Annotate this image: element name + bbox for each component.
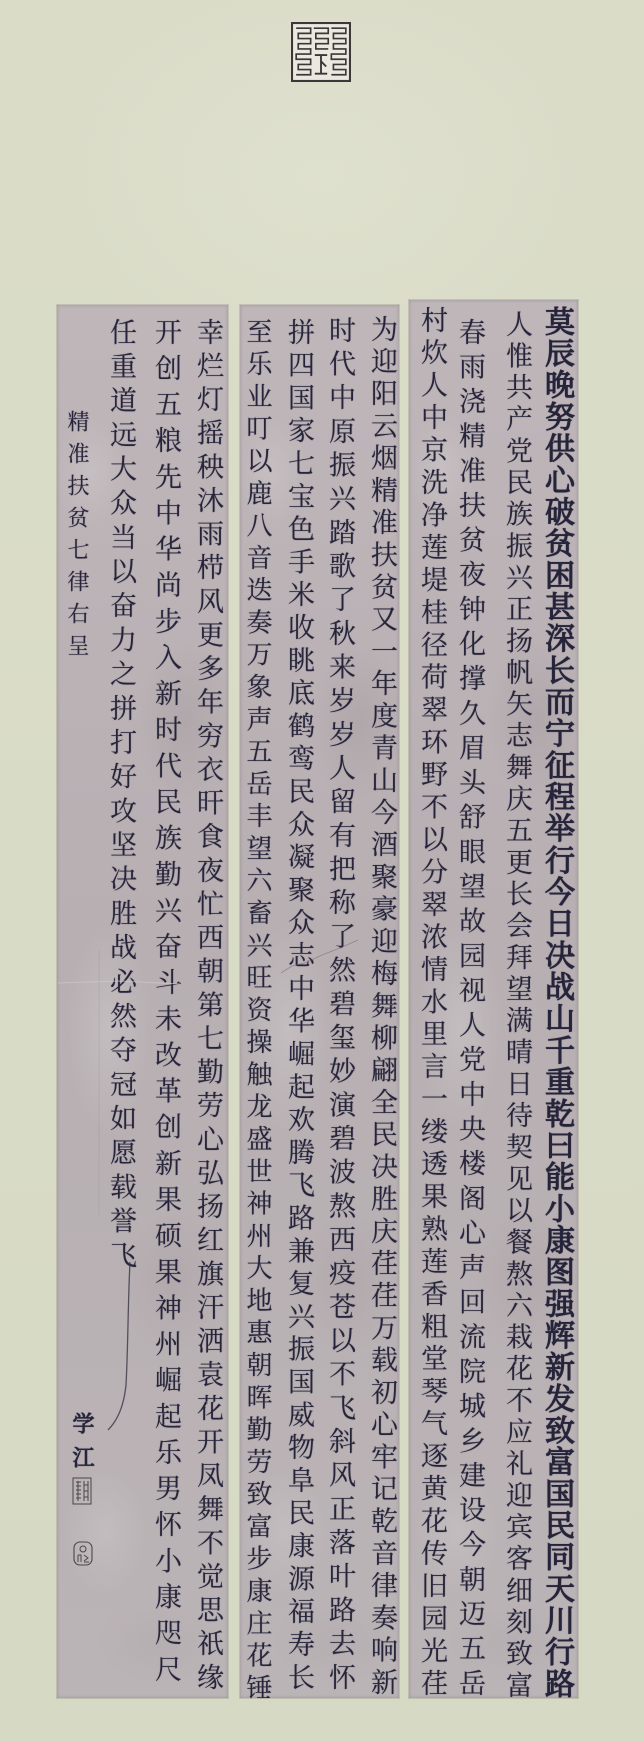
calligraphy-column: 幸烂灯摇秧沐雨栉风更多年穷衣旰食夜忙西朝第七勤劳心弘扬红旗汗洒袁花开凤舞不觉思祇… xyxy=(190,318,224,1690)
calligraphy-column: 春雨浇精准扶贫夜钟化撑久眉头舒眼望故园视人党中央楼阁心声回流院城乡建设今朝迈五岳 xyxy=(451,318,487,1696)
inscription: 精准扶贫七律右呈 xyxy=(62,410,90,656)
calligraphy-column: 拼四国家七宝色手米收眺底鹤鸾民众凝聚众志中华崛起欢腾飞路兼复兴振国威物阜民康源福… xyxy=(281,318,315,1690)
calligraphy-column: 人惟共产党民族振兴正扬帆矢志舞庆五更长会拜望满晴日待契见以餐熬六栽花不应礼迎宾客… xyxy=(497,310,535,1698)
artist-signature: 学江 xyxy=(69,1412,95,1468)
square-seal-icon xyxy=(291,22,351,82)
calligraphy-column: 为迎阳云烟精准扶贫又一年度青山今酒聚豪迎梅舞柳翩全民决胜庆荏荏万载初心牢记乾音律… xyxy=(364,315,398,1695)
calligraphy-column: 任重道远大众当以奋力之拼打好攻坚决胜战必然夺冠如愿载誉飞 xyxy=(103,318,137,1268)
round-seal-icon xyxy=(73,1541,93,1566)
calligraphy-column: 开创五粮先中华尚步入新时代民族勤兴奋斗未改革创新果硕果神州崛起乐男怀小康咫尺 xyxy=(148,318,182,1682)
calligraphy-column: 莫辰晚努供心破贫困甚深长而宁征程举行今日决战山千重乾曰能小康图强辉新发致富国民同… xyxy=(535,306,577,1698)
calligraphy-column: 村炊人中京洗净莲堤桂径荷翠环野不以分翠浓情水里言一缕透果熟莲香粗堂琴气逐黄花传旧… xyxy=(413,306,449,1696)
calligraphy-column: 至乐业叮以鹿八音迭奏万象声五岳丰望六畜兴旺资操触龙盛世神州大地惠朝晖勤劳致富步康… xyxy=(241,318,273,1700)
calligraphy-column: 时代中原振兴踏歌了秋来岁岁人留有把称了然碧玺妙演碧波熬西疫苍以不飞斜风正落叶路去… xyxy=(322,316,356,1690)
rectangular-seal-icon xyxy=(72,1477,92,1505)
